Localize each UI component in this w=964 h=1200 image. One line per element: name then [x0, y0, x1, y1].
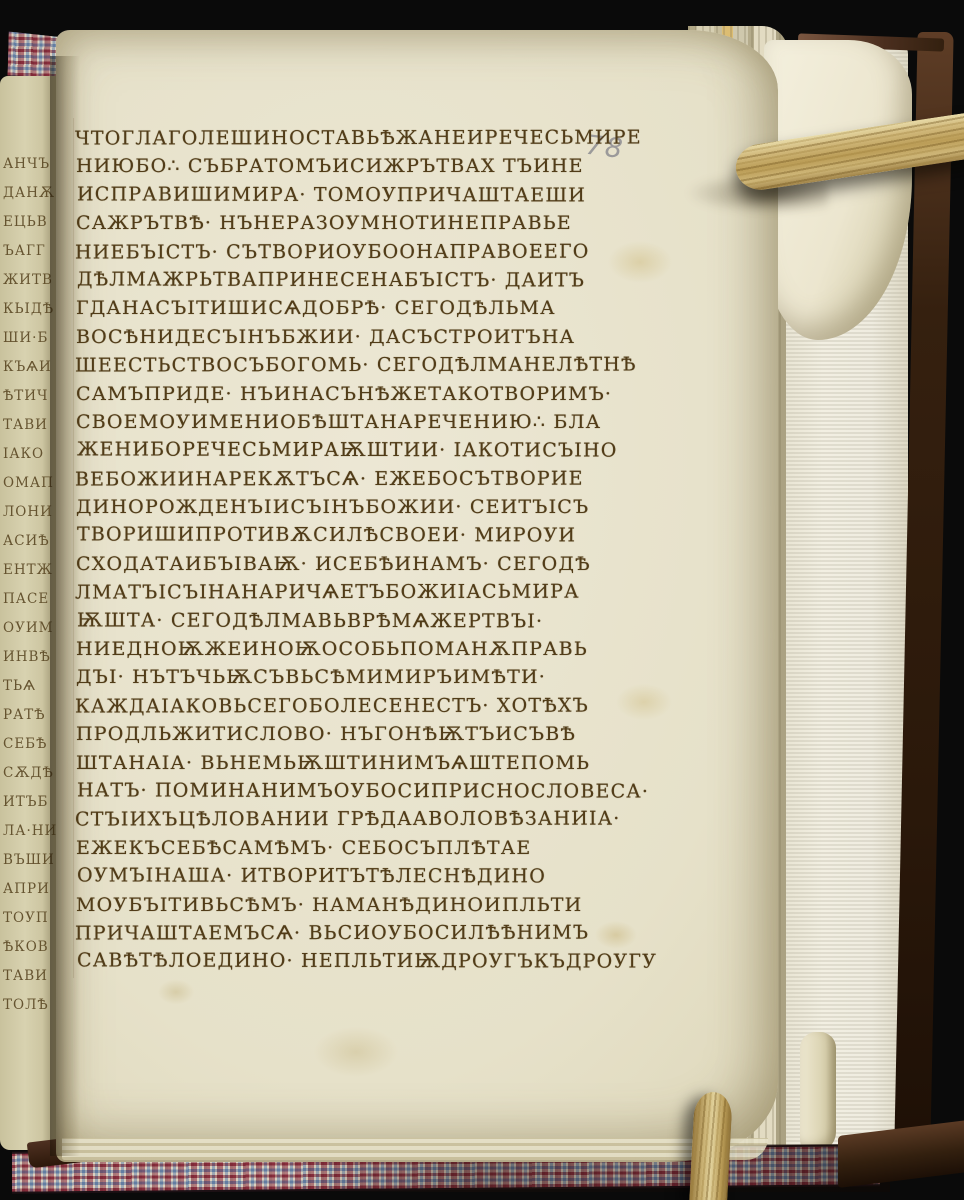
manuscript-line: ТВОРИШИПРОТИВѪСИЛѢСВОЕИ· МИРОУИ: [77, 521, 657, 551]
manuscript-line: ПРОДЛЬЖИТИСЛОВО· НЪГОНѢѬТЪИСЪВѢ: [76, 720, 656, 748]
manuscript-photo: АНЧЪДАНѪЕЦЬВЪАГГЖИТВКЬІДѢШИ·БКЪѦИѢТИЧТАВ…: [0, 0, 964, 1200]
manuscript-line: СВОЕМОУИМЕНИОБѢШТАНАРЕЧЕНИЮ∴ БЛА: [76, 408, 656, 436]
manuscript-line: ДЪІ· НЪТЪЧЬѬСЪВЬСѢМИМИРЪИМѢТИ·: [76, 663, 656, 691]
page-weight-stick-bottom: [689, 1091, 733, 1200]
manuscript-line: ИСПРАВИШИМИРА· ТОМОУПРИЧАШТАЕШИ: [77, 180, 657, 210]
manuscript-line: ѬШТА· СЕГОДѢЛМАВЬВРѢМѦЖЕРТВЪІ·: [77, 606, 657, 636]
manuscript-line: НАТЪ· ПОМИНАНИМЪОУБОСИПРИСНОСЛОВЕСА·: [77, 776, 657, 806]
manuscript-line: КАЖДАІАКОВЬСЕГОБОЛЕСЕНЕСТЪ· ХОТѢХЪ: [75, 691, 655, 720]
manuscript-line: НИЕБЪІСТЪ· СЪТВОРИОУБООНАПРАВОЕЕГО: [75, 237, 655, 266]
manuscript-line: ГДАНАСЪІТИШИСѦДОБРѢ· СЕГОДѢЛЬМА: [76, 294, 656, 322]
manuscript-line: ВОСѢНИДЕСЪІНЪБЖИИ· ДАСЪСТРОИТЪНА: [76, 323, 656, 351]
manuscript-line: ЧТОГЛАГОЛЕШИНОСТАВЬѢЖАНЕИРЕЧЕСЬМИРЕ: [75, 123, 655, 152]
manuscript-line: НИЕДНОѬЖЕИНОѬОСОБЬПОМАНѪПРАВЬ: [76, 635, 656, 663]
manuscript-line: ВЕБОЖИИНАРЕКѪТЪСѦ· ЕЖЕБОСЪТВОРИЕ: [75, 464, 655, 493]
gutter-shadow: [50, 56, 80, 1156]
manuscript-line: НИЮБО∴ СЪБРАТОМЪИСИЖРЪТВАХ ТЪИНЕ: [76, 152, 656, 180]
manuscript-line: САЖРЪТВѢ· НЪНЕРАЗОУМНОТИНЕПРАВЬЕ: [76, 209, 656, 237]
manuscript-line: ПРИЧАШТАЕМЪСѦ· ВЬСИОУБОСИЛѢѢНИМЪ: [75, 918, 655, 947]
manuscript-line: ОУМЪІНАША· ИТВОРИТЪТѢЛЕСНѢДИНО: [77, 862, 657, 892]
manuscript-line: ЖЕНИБОРЕЧЕСЬМИРАѬШТИИ· ІАКОТИСЪІНО: [77, 436, 657, 466]
manuscript-line: ДИНОРОЖДЕНЪІИСЪІНЪБОЖИИ· СЕИТЪІСЪ: [76, 493, 656, 521]
manuscript-line: СХОДАТАИБЪІВАѬ· ИСЕБѢИНАМЪ· СЕГОДѢ: [76, 550, 656, 578]
manuscript-line: СТЪІИХЪЦѢЛОВАНИИ ГРѢДААВОЛОВѢЗАНИІА·: [75, 805, 655, 834]
manuscript-line: САМЪПРИДЕ· НЪИНАСЪНѢЖЕТАКОТВОРИМЪ·: [76, 380, 656, 408]
manuscript-text: ЧТОГЛАГОЛЕШИНОСТАВЬѢЖАНЕИРЕЧЕСЬМИРЕНИЮБО…: [76, 124, 656, 976]
manuscript-line: ЛМАТЪІСЪІНАНАРИЧѦЕТЪБОЖИІАСЬМИРА: [75, 578, 655, 607]
manuscript-line: САВѢТѢЛОЕДИНО· НЕПЛЬТИѬДРОУГЪКЪДРОУГУ: [77, 947, 657, 977]
manuscript-line: ШЕЕСТЬСТВОСЪБОГОМЬ· СЕГОДѢЛМАНЕЛѢТНѢ: [75, 351, 655, 380]
manuscript-line: МОУБЪІТИВЬСѢМЪ· НАМАНѢДИНОИПЛЬТИ: [76, 891, 656, 919]
manuscript-line: ЕЖЕКЪСЕБѢСАМѢМЪ· СЕБОСЪПЛѢТАЕ: [76, 834, 656, 862]
page-bottom-edges: [62, 1138, 768, 1160]
leaf-fold-bottom: [800, 1032, 836, 1152]
manuscript-line: ДѢЛМАЖРЬТВАПРИНЕСЕНАБЪІСТЪ· ДАИТЪ: [77, 265, 657, 295]
manuscript-line: ШТАНАІА· ВЬНЕМЬѬШТИНИМЪѦШТЕПОМЬ: [76, 749, 656, 777]
